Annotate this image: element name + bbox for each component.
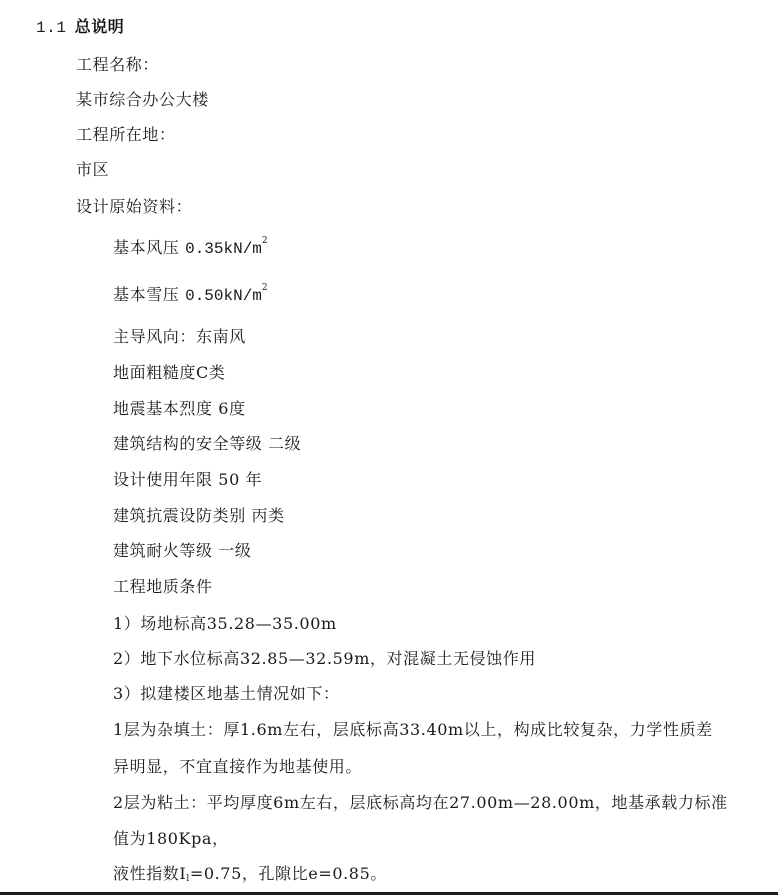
prevailing-wind: 主导风向：东南风 <box>113 327 246 347</box>
fire-resistance-grade: 建筑耐火等级 一级 <box>113 541 252 561</box>
soil-layer-1-line-2: 异明显，不宜直接作为地基使用。 <box>113 757 362 777</box>
snow-pressure-label: 基本雪压 <box>113 285 185 304</box>
section-heading: 1.1总说明 <box>36 17 124 38</box>
geology-item-3: 3）拟建楼区地基土情况如下： <box>113 684 340 704</box>
seismic-intensity: 地震基本烈度 6度 <box>113 399 246 419</box>
page-bottom-border <box>0 892 778 895</box>
wind-pressure-label: 基本风压 <box>113 238 185 257</box>
geology-label: 工程地质条件 <box>113 577 213 597</box>
service-life: 设计使用年限 50 年 <box>113 470 262 490</box>
snow-pressure-unit-exponent: 2 <box>262 283 268 293</box>
seismic-category: 建筑抗震设防类别 丙类 <box>113 506 285 526</box>
snow-pressure: 基本雪压 0.50kN/m2 <box>113 285 268 306</box>
geology-item-2: 2）地下水位标高32.85—32.59m，对混凝土无侵蚀作用 <box>113 649 536 669</box>
ground-roughness: 地面粗糙度C类 <box>113 363 225 383</box>
wind-pressure: 基本风压 0.35kN/m2 <box>113 238 268 259</box>
project-name-value: 某市综合办公大楼 <box>76 90 209 110</box>
section-title: 总说明 <box>75 17 125 36</box>
project-location-value: 市区 <box>76 160 109 180</box>
document-page: 1.1总说明 工程名称： 某市综合办公大楼 工程所在地： 市区 设计原始资料： … <box>0 0 778 896</box>
geology-item-1: 1）场地标高35.28—35.00m <box>113 614 337 634</box>
project-name-label: 工程名称： <box>76 55 159 75</box>
soil-layer-1-line-1: 1层为杂填土：厚1.6m左右，层底标高33.40m以上，构成比较复杂，力学性质差 <box>113 720 713 740</box>
liquidity-and-void-ratio-values: =0.75，孔隙比e=0.85。 <box>190 864 387 883</box>
project-location-label: 工程所在地： <box>76 125 176 145</box>
soil-layer-2-line-2: 值为180Kpa， <box>113 829 229 849</box>
snow-pressure-value: 0.50kN/m <box>185 287 262 305</box>
soil-layer-2-line-1: 2层为粘土：平均厚度6m左右，层底标高均在27.00m—28.00m，地基承载力… <box>113 793 728 813</box>
wind-pressure-unit-exponent: 2 <box>262 236 268 246</box>
design-data-label: 设计原始资料： <box>76 197 192 217</box>
soil-layer-2-line-3: 液性指数Il=0.75，孔隙比e=0.85。 <box>113 864 387 884</box>
liquidity-index-label: 液性指数I <box>113 864 186 883</box>
wind-pressure-value: 0.35kN/m <box>185 240 262 258</box>
section-number: 1.1 <box>36 19 67 37</box>
safety-grade: 建筑结构的安全等级 二级 <box>113 434 301 454</box>
